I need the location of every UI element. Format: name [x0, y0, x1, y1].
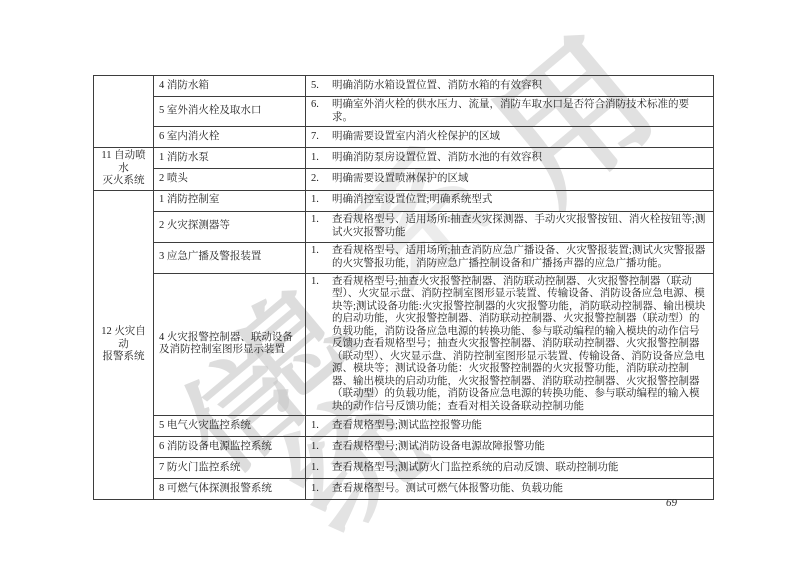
item-cell: 2 喷头 — [154, 169, 306, 190]
requirement-number: 7. — [311, 131, 332, 144]
item-cell: 5 室外消火栓及取水口 — [154, 97, 306, 127]
requirement-number: 1. — [311, 245, 332, 258]
requirement-number: 1. — [311, 441, 332, 454]
requirement-number: 2. — [311, 173, 332, 186]
section-label-line: 11 自动喷水 — [101, 150, 145, 174]
requirement-text: 查看规格型号、适用场所:抽查火灾探测器、手动火灾报警按钮、消火栓按钮等;测试火灾… — [332, 214, 708, 239]
requirement-cell: 1. 查看规格型号、适用场所:抽查火灾探测器、手动火灾报警按钮、消火栓按钮等;测… — [306, 211, 714, 242]
requirement-text: 查看规格型号、适用场所;抽查消防应急广播设备、火灾警报装置;测试火灾警报器的火灾… — [332, 245, 708, 270]
requirement-text: 明确需要设置喷淋保护的区域 — [332, 173, 708, 186]
table-row: 6 室内消火栓 7. 明确需要设置室内消火栓保护的区域 — [94, 127, 714, 148]
table-row: 8 可燃气体探测报警系统 1. 查看规格型号。测试可燃气体报警功能、负载功能 — [94, 479, 714, 500]
table-row: 11 自动喷水 灭火系统 1 消防水泵 1. 明确消防泵房设置位置、消防水池的有… — [94, 148, 714, 169]
page-number: 69 — [666, 497, 677, 509]
requirement-text: 明确消控室设置位置;明确系统型式 — [332, 194, 708, 207]
requirement-cell: 1. 查看规格型号;测试消防设备电源故障报警功能 — [306, 437, 714, 458]
section-label — [94, 76, 154, 148]
item-cell: 5 电气火灾监控系统 — [154, 416, 306, 437]
requirement-text: 查看规格型号;测试防火门监控系统的启动反馈、联动控制功能 — [332, 462, 708, 475]
section-label-line: 报警系统 — [103, 351, 145, 362]
requirement-cell: 1. 明确消控室设置位置;明确系统型式 — [306, 190, 714, 211]
item-cell: 1 消防水泵 — [154, 148, 306, 169]
table-row: 4 消防水箱 5. 明确消防水箱设置位置、消防水箱的有效容积 — [94, 76, 714, 97]
table-row: 5 室外消火栓及取水口 6. 明确室外消火栓的供水压力、流量，消防车取水口是否符… — [94, 97, 714, 127]
requirement-number: 1. — [311, 276, 332, 289]
requirement-cell: 1. 查看规格型号;抽查火灾报警控制器、消防联动控制器、火灾报警控制器（联动型）… — [306, 273, 714, 416]
requirement-cell: 2. 明确需要设置喷淋保护的区域 — [306, 169, 714, 190]
item-cell: 7 防火门监控系统 — [154, 458, 306, 479]
item-cell: 1 消防控制室 — [154, 190, 306, 211]
table-row: 3 应急广播及警报装置 1. 查看规格型号、适用场所;抽查消防应急广播设备、火灾… — [94, 242, 714, 273]
requirement-text: 查看规格型号;测试消防设备电源故障报警功能 — [332, 441, 708, 454]
requirement-number: 1. — [311, 214, 332, 227]
document-page: 统 信 息 系 用 4 消防水箱 5. 明确消防水箱设置位置、消防水箱的有效容积… — [0, 0, 799, 565]
item-cell: 8 可燃气体探测报警系统 — [154, 479, 306, 500]
inspection-table: 4 消防水箱 5. 明确消防水箱设置位置、消防水箱的有效容积 5 室外消火栓及取… — [93, 75, 714, 500]
item-cell: 2 火灾探测器等 — [154, 211, 306, 242]
table-row: 12 火灾自动 报警系统 1 消防控制室 1. 明确消控室设置位置;明确系统型式 — [94, 190, 714, 211]
requirement-text: 查看规格型号;抽查火灾报警控制器、消防联动控制器、火灾报警控制器（联动型）、火灾… — [332, 276, 708, 414]
item-cell: 4 消防水箱 — [154, 76, 306, 97]
table-row: 2 火灾探测器等 1. 查看规格型号、适用场所:抽查火灾探测器、手动火灾报警按钮… — [94, 211, 714, 242]
requirement-cell: 1. 查看规格型号;测试监控报警功能 — [306, 416, 714, 437]
requirement-text: 明确室外消火栓的供水压力、流量，消防车取水口是否符合消防技术标准的要求。 — [332, 99, 708, 124]
requirement-number: 1. — [311, 152, 332, 165]
section-label: 12 火灾自动 报警系统 — [94, 190, 154, 500]
item-cell: 6 室内消火栓 — [154, 127, 306, 148]
item-cell: 4 火灾报警控制器、联动设备及消防控制室图形显示装置 — [154, 273, 306, 416]
requirement-number: 5. — [311, 80, 332, 93]
requirement-text: 明确消防泵房设置位置、消防水池的有效容积 — [332, 152, 708, 165]
requirement-number: 6. — [311, 99, 332, 112]
requirement-text: 查看规格型号;测试监控报警功能 — [332, 420, 708, 433]
requirement-number: 1. — [311, 462, 332, 475]
table-row: 6 消防设备电源监控系统 1. 查看规格型号;测试消防设备电源故障报警功能 — [94, 437, 714, 458]
table-row: 2 喷头 2. 明确需要设置喷淋保护的区域 — [94, 169, 714, 190]
requirement-text: 明确消防水箱设置位置、消防水箱的有效容积 — [332, 80, 708, 93]
item-cell: 6 消防设备电源监控系统 — [154, 437, 306, 458]
section-label: 11 自动喷水 灭火系统 — [94, 148, 154, 191]
section-label-line: 灭火系统 — [103, 175, 145, 186]
requirement-cell: 1. 查看规格型号。测试可燃气体报警功能、负载功能 — [306, 479, 714, 500]
table-row: 5 电气火灾监控系统 1. 查看规格型号;测试监控报警功能 — [94, 416, 714, 437]
requirement-cell: 5. 明确消防水箱设置位置、消防水箱的有效容积 — [306, 76, 714, 97]
requirement-cell: 1. 查看规格型号;测试防火门监控系统的启动反馈、联动控制功能 — [306, 458, 714, 479]
requirement-number: 1. — [311, 194, 332, 207]
requirement-cell: 1. 明确消防泵房设置位置、消防水池的有效容积 — [306, 148, 714, 169]
requirement-cell: 6. 明确室外消火栓的供水压力、流量，消防车取水口是否符合消防技术标准的要求。 — [306, 97, 714, 127]
requirement-number: 1. — [311, 420, 332, 433]
section-label-line: 12 火灾自动 — [101, 326, 146, 350]
requirement-cell: 7. 明确需要设置室内消火栓保护的区域 — [306, 127, 714, 148]
table-row: 4 火灾报警控制器、联动设备及消防控制室图形显示装置 1. 查看规格型号;抽查火… — [94, 273, 714, 416]
table-row: 7 防火门监控系统 1. 查看规格型号;测试防火门监控系统的启动反馈、联动控制功… — [94, 458, 714, 479]
requirement-number: 1. — [311, 483, 332, 496]
requirement-text: 查看规格型号。测试可燃气体报警功能、负载功能 — [332, 483, 708, 496]
item-cell: 3 应急广播及警报装置 — [154, 242, 306, 273]
requirement-cell: 1. 查看规格型号、适用场所;抽查消防应急广播设备、火灾警报装置;测试火灾警报器… — [306, 242, 714, 273]
requirement-text: 明确需要设置室内消火栓保护的区域 — [332, 131, 708, 144]
